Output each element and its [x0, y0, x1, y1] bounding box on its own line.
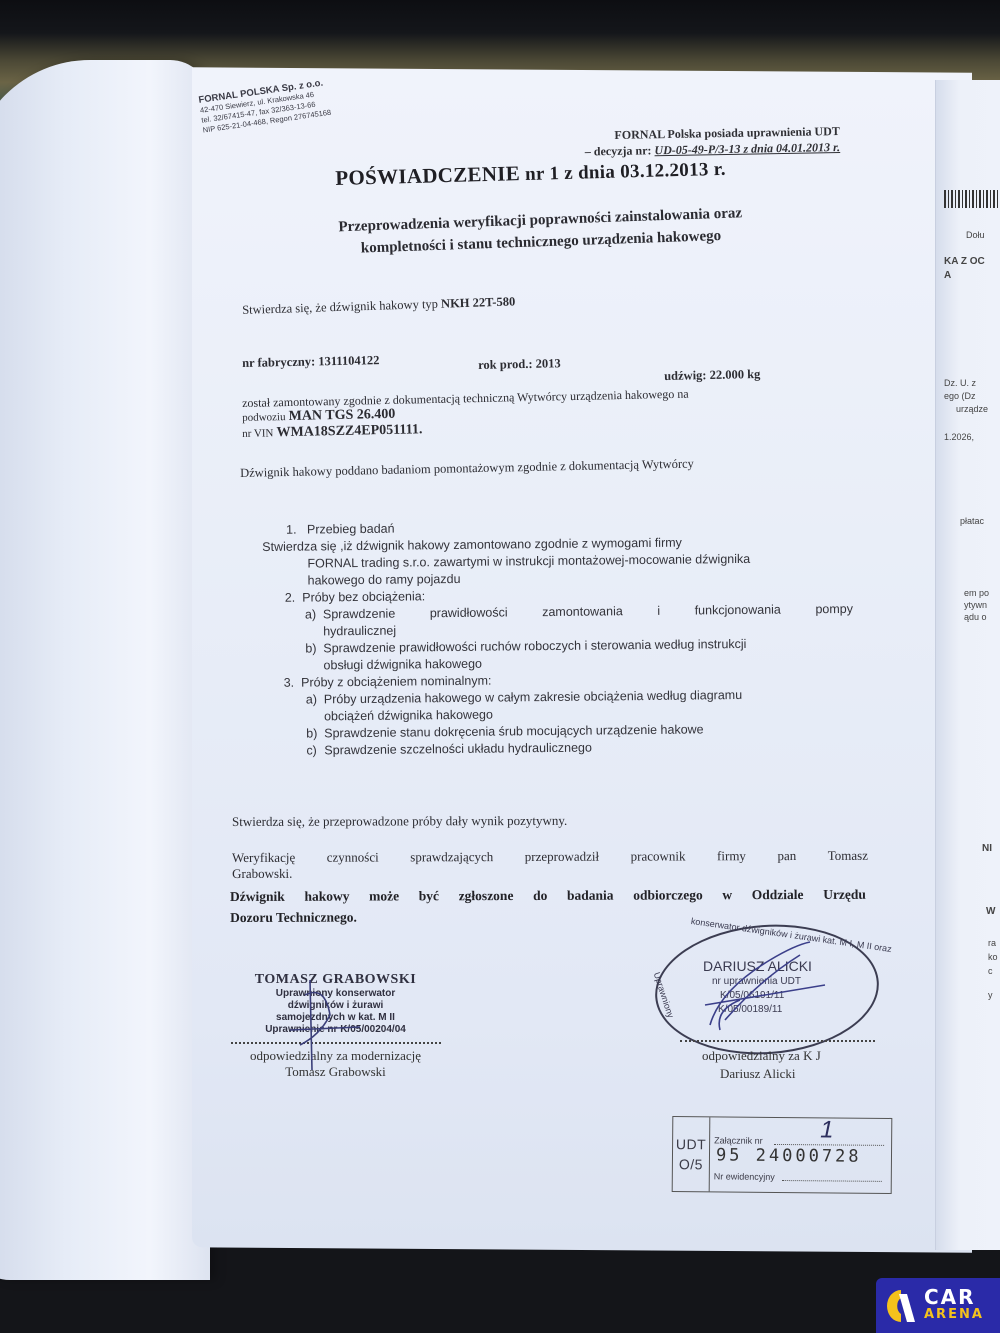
list-letter: a): [305, 606, 323, 623]
handwritten-signature-icon: [700, 930, 830, 1040]
udt-registration-stamp: UDT O/5 Załącznik nr 1 95 24000728 Nr ew…: [672, 1116, 893, 1194]
lifting-capacity: udźwig: 22.000 kg: [664, 367, 760, 384]
year-value: 2013: [536, 356, 561, 371]
chassis-label: podwoziu: [242, 411, 286, 424]
dotted-line: [782, 1180, 882, 1182]
capacity-value: 22.000 kg: [709, 367, 760, 382]
chassis-value: MAN TGS 26.400: [289, 407, 396, 424]
word: firmy: [717, 848, 746, 864]
list-item: Przebieg badań: [307, 522, 395, 537]
word: sprawdzających: [410, 849, 493, 865]
list-letter: b): [306, 725, 324, 742]
production-year: rok prod.: 2013: [478, 356, 561, 373]
logo-text: CAR ARENA: [924, 1289, 984, 1323]
logo-brand-bottom: ARENA: [924, 1306, 984, 1323]
decision-number: UD-05-49-P/3-13 z dnia 04.01.2013 r.: [654, 140, 840, 157]
word: do: [533, 885, 547, 906]
list-number: 2.: [285, 591, 296, 605]
verification-name: Grabowski.: [232, 864, 868, 882]
tests-intro: Dźwignik hakowy poddano badaniom pomonta…: [240, 456, 694, 480]
list-item: Próby z obciążeniem nominalnym:: [301, 674, 492, 690]
word: Dźwignik: [230, 886, 285, 907]
word: pracownik: [631, 848, 686, 864]
list-item: Próby bez obciążenia:: [302, 589, 425, 604]
title-word: POŚWIADCZENIE: [335, 161, 520, 190]
word: i: [657, 603, 660, 620]
list-letter: c): [306, 742, 324, 759]
year-label: rok prod.:: [478, 357, 533, 372]
vin-label: nr VIN: [242, 427, 274, 440]
udt-label-bottom: O/5: [679, 1154, 703, 1174]
word: funkcjonowania: [695, 602, 781, 620]
signatory-role: odpowiedzialny za K J: [702, 1048, 821, 1064]
udt-label-top: UDT: [676, 1134, 706, 1154]
signatory-name: Dariusz Alicki: [720, 1066, 795, 1082]
word: odbiorczego: [633, 884, 703, 905]
list-item-text: Próby urządzenia hakowego w całym zakres…: [324, 688, 742, 706]
conclusion: Dźwignikhakowymożebyćzgłoszonedobadaniao…: [230, 884, 870, 928]
list-item-text: Sprawdzenie szczelności układu hydraulic…: [324, 741, 592, 758]
statement-text: Stwierdza się, że dźwignik hakowy typ: [242, 297, 438, 317]
serial-value: 1311104122: [318, 353, 379, 368]
udt-box-content: Załącznik nr 1 95 24000728 Nr ewidencyjn…: [710, 1117, 892, 1193]
registration-number: 95 24000728: [716, 1145, 862, 1166]
company-address-stamp: FORNAL POLSKA Sp. z o.o. 42-470 Siewierz…: [198, 78, 332, 136]
list-number: 3.: [284, 676, 295, 690]
word: hakowy: [304, 886, 349, 907]
register-label: Nr ewidencyjny: [714, 1171, 775, 1182]
conclusion-line: Dźwignikhakowymożebyćzgłoszonedobadaniao…: [230, 884, 866, 907]
test-list: 1. Przebieg badań Stwierdza się ,iż dźwi…: [262, 516, 854, 760]
capacity-label: udźwig:: [664, 368, 707, 383]
device-statement: Stwierdza się, że dźwignik hakowy typ NK…: [242, 294, 515, 318]
logo-brand-top: CAR: [924, 1289, 984, 1306]
serial-number: nr fabryczny: 1311104122: [242, 353, 380, 371]
signature-line: [680, 1040, 875, 1042]
word: pompy: [815, 601, 853, 618]
car-arena-logo-icon: [886, 1288, 916, 1324]
serial-label: nr fabryczny:: [242, 354, 315, 370]
vin-value: WMA18SZZ4EP051111.: [276, 422, 422, 440]
word: Urzędu: [823, 884, 866, 905]
word: Tomasz: [828, 848, 868, 864]
word: Oddziale: [752, 884, 804, 905]
word: badania: [567, 885, 614, 906]
attachment-number: 1: [820, 1116, 834, 1144]
list-letter: b): [305, 640, 323, 657]
page-title: POŚWIADCZENIE nr 1 z dnia 03.12.2013 r.: [335, 156, 726, 191]
word: Sprawdzenie: [323, 606, 395, 624]
udt-authorization: FORNAL Polska posiada uprawnienia UDT – …: [500, 123, 841, 161]
vin: nr VIN WMA18SZZ4EP051111.: [242, 422, 423, 442]
test-result: Stwierdza się, że przeprowadzone próby d…: [232, 813, 567, 830]
decision-prefix: – decyzja nr:: [585, 143, 652, 158]
list-item-text: Sprawdzenie stanu dokręcenia śrub mocują…: [324, 722, 704, 740]
udt-label: UDT O/5: [673, 1117, 711, 1191]
word: może: [369, 885, 399, 906]
word: w: [722, 884, 732, 905]
list-letter: a): [306, 691, 324, 708]
verification-statement: Weryfikacjęczynnościsprawdzającychprzepr…: [232, 848, 868, 882]
device-type: NKH 22T-580: [441, 294, 516, 310]
list-item-text: Sprawdzenie prawidłowości ruchów roboczy…: [323, 637, 746, 655]
handwritten-signature-icon: [270, 975, 380, 1075]
word: zgłoszone: [459, 885, 514, 906]
word: przeprowadził: [525, 849, 599, 865]
word: prawidłowości: [430, 604, 508, 622]
document-subtitle: Przeprowadzenia weryfikacji poprawności …: [290, 201, 791, 262]
car-arena-logo: CAR ARENA: [876, 1278, 1000, 1333]
attachment-label: Załącznik nr: [714, 1135, 763, 1145]
certificate-content: FORNAL POLSKA Sp. z o.o. 42-470 Siewierz…: [0, 0, 1000, 1333]
word: czynności: [327, 849, 379, 865]
mounting-statement: został zamontowany zgodnie z dokumentacj…: [242, 387, 689, 411]
word: Weryfikację: [232, 850, 295, 866]
word: być: [419, 885, 439, 906]
title-number-date: nr 1 z dnia 03.12.2013 r.: [525, 159, 726, 185]
word: pan: [777, 848, 796, 864]
list-number: 1.: [286, 523, 297, 537]
word: zamontowania: [542, 603, 623, 621]
